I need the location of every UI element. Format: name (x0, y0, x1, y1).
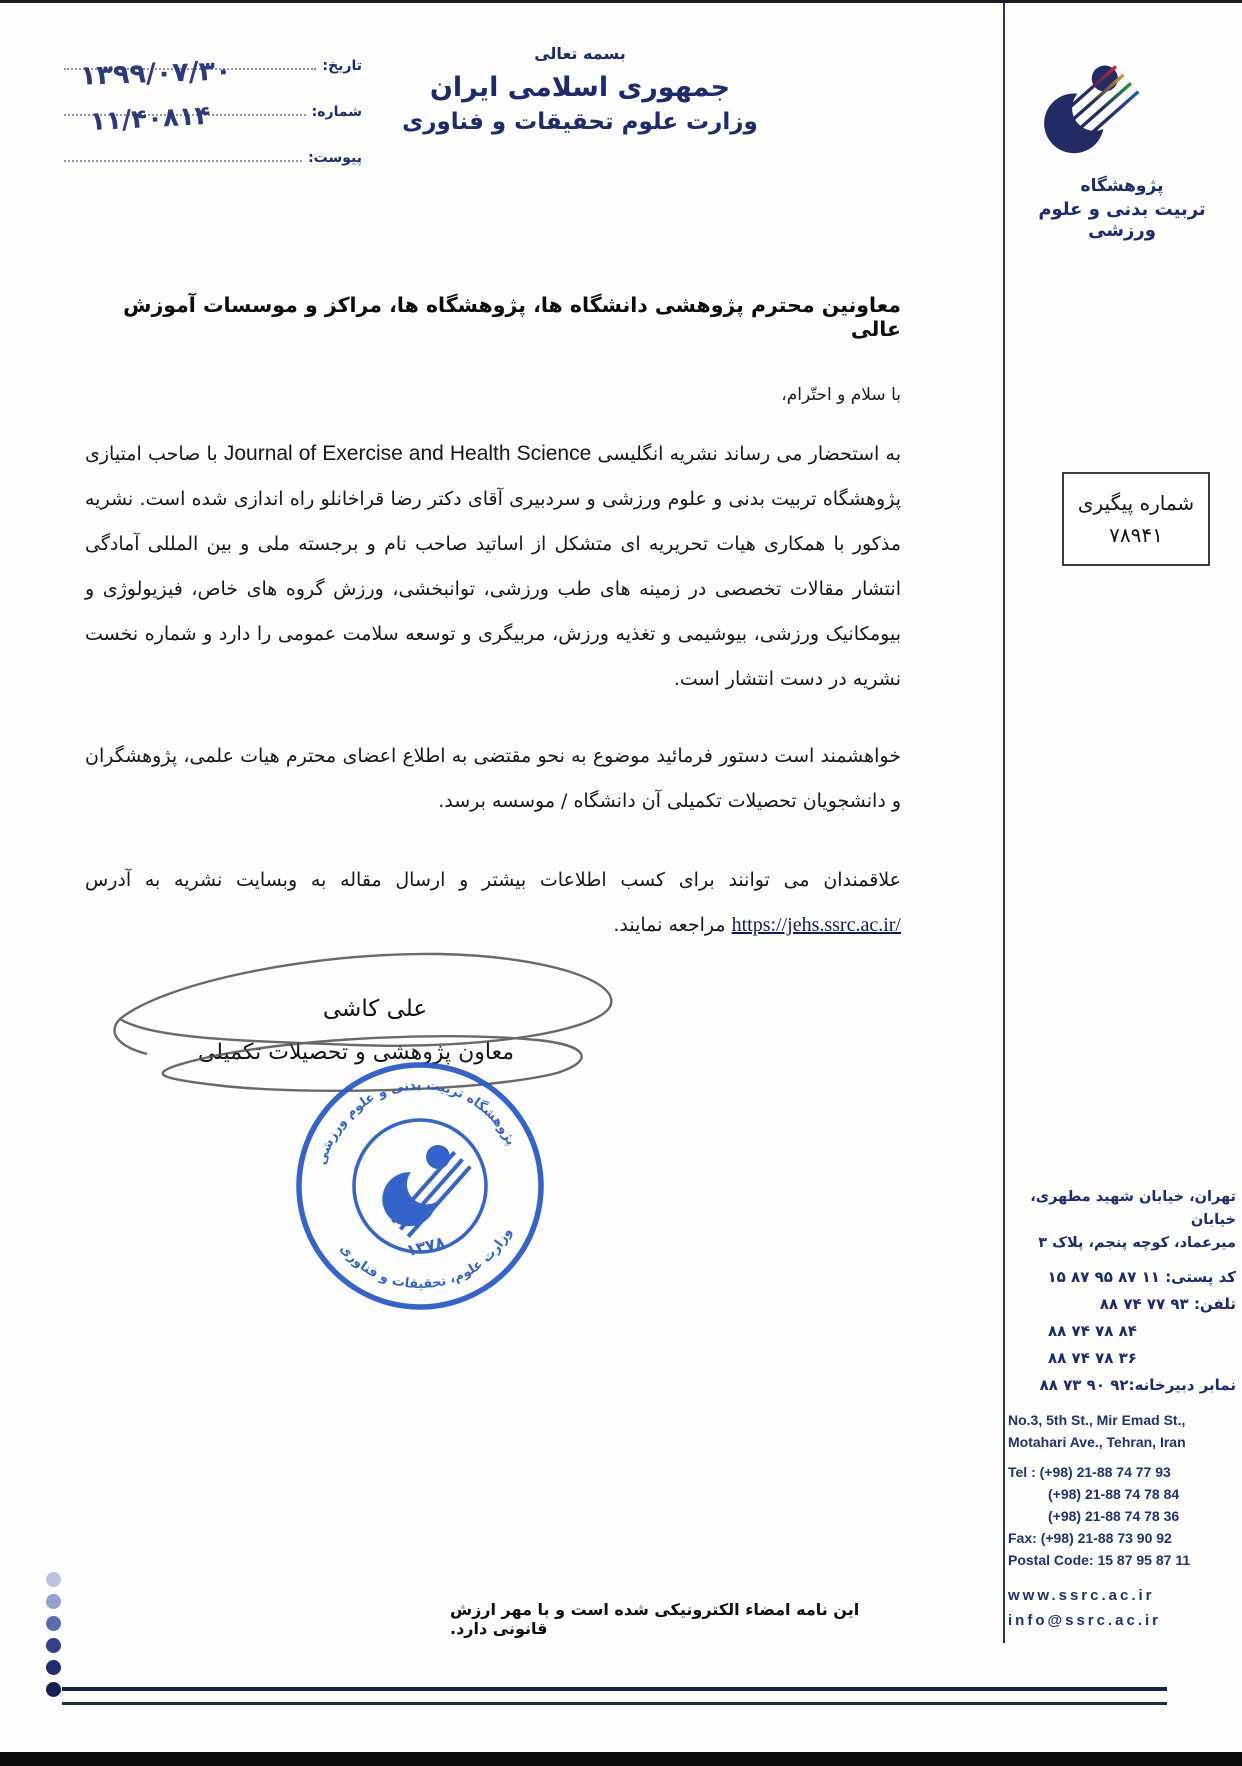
address-farsi: تهران، خیابان شهید مطهری، خیابان میرعماد… (1008, 1186, 1236, 1255)
institute-logo-icon (1032, 58, 1144, 170)
paragraph-2: خواهشمند است دستور فرمائید موضوع به نحو … (85, 734, 901, 824)
letter-meta-block: تاریخ: شماره: پیوست: ۱۳۹۹/۰۷/۳۰ ۱۱/۴۰۸۱۴ (62, 42, 362, 174)
ministry-header: بسمه تعالی جمهوری اسلامی ایران وزارت علو… (370, 44, 790, 135)
republic-title: جمهوری اسلامی ایران (370, 72, 790, 103)
top-border (0, 0, 1242, 3)
phone-fa-value1: ۸۸ ۷۴ ۷۷ ۹۳ (1100, 1295, 1189, 1313)
postal-code-fa: کد پستی: ۱۵ ۸۷ ۹۵ ۸۷ ۱۱ (1008, 1264, 1236, 1291)
fax-fa-line: نمابر دبیرخانه:۸۸ ۷۳ ۹۰ ۹۲ (1008, 1372, 1236, 1399)
footer-rule-bottom (62, 1702, 1167, 1705)
phone-fa-value3: ۸۸ ۷۴ ۷۸ ۳۶ (1048, 1349, 1137, 1367)
email-text: info@ssrc.ac.ir (1008, 1608, 1236, 1633)
phone-en-line1: Tel : (+98) 21-88 74 77 93 (1008, 1461, 1236, 1483)
phone-fa-line3: ۸۸ ۷۴ ۷۸ ۳۶ (1008, 1345, 1236, 1372)
address-english: No.3, 5th St., Mir Emad St., Motahari Av… (1008, 1409, 1236, 1571)
contact-block: تهران، خیابان شهید مطهری، خیابان میرعماد… (1008, 1186, 1236, 1633)
phone-fa-line2: ۸۸ ۷۴ ۷۸ ۸۴ (1008, 1318, 1236, 1345)
paragraph-1: به استحضار می رساند نشریه انگلیسی Journa… (85, 431, 901, 702)
electronic-signature-note: این نامه امضاء الکترونیکی شده است و با م… (450, 1600, 890, 1638)
recipient-line: معاونین محترم پژوهشی دانشگاه ها، پژوهشگا… (85, 293, 901, 341)
postal-code-fa-label: کد پستی: (1165, 1268, 1236, 1286)
tracking-number-box: شماره پیگیری ۷۸۹۴۱ (1062, 472, 1210, 566)
attachment-dotted-line (64, 152, 302, 162)
journal-website-link[interactable]: https://jehs.ssrc.ac.ir/ (732, 914, 901, 936)
phone-fa-value2: ۸۸ ۷۴ ۷۸ ۸۴ (1048, 1322, 1137, 1340)
letter-body: معاونین محترم پژوهشی دانشگاه ها، پژوهشگا… (85, 293, 901, 948)
letter-page: تاریخ: شماره: پیوست: ۱۳۹۹/۰۷/۳۰ ۱۱/۴۰۸۱۴… (0, 0, 1242, 1766)
salutation-line: با سلام و احتّرام، (85, 385, 901, 405)
institute-name-line2: تربیت بدنی و علوم ورزشی (1005, 199, 1239, 241)
handwritten-date: ۱۳۹۹/۰۷/۳۰ (80, 55, 233, 91)
footer-rule-top (62, 1687, 1167, 1691)
dot-icon (46, 1572, 61, 1587)
address-fa-line1: تهران، خیابان شهید مطهری، خیابان (1010, 1186, 1236, 1232)
postal-en-label: Postal Code: (1008, 1552, 1094, 1568)
fax-en-value: (+98) 21-88 73 90 92 (1041, 1530, 1172, 1546)
fax-en-line: Fax: (+98) 21-88 73 90 92 (1008, 1527, 1236, 1549)
journal-name: Journal of Exercise and Health Science (224, 442, 591, 465)
fax-fa-value: ۸۸ ۷۳ ۹۰ ۹۲ (1040, 1376, 1129, 1394)
fax-en-label: Fax: (1008, 1530, 1037, 1546)
tracking-label: شماره پیگیری (1078, 491, 1194, 515)
website-text: www.ssrc.ac.ir (1008, 1583, 1236, 1608)
p1-text-after: با صاحب امتیازی پژوهشگاه تربیت بدنی و عل… (85, 443, 901, 690)
phone-fa-line1: تلفن: ۸۸ ۷۴ ۷۷ ۹۳ (1008, 1291, 1236, 1318)
tracking-number: ۷۸۹۴۱ (1109, 523, 1163, 547)
attachment-label: پیوست: (308, 150, 362, 166)
blue-dots (46, 1572, 61, 1697)
fax-fa-label: نمابر دبیرخانه: (1129, 1376, 1236, 1394)
web-block: www.ssrc.ac.ir info@ssrc.ac.ir (1008, 1583, 1236, 1633)
date-label: تاریخ: (322, 58, 362, 74)
dot-icon (46, 1594, 61, 1609)
phone-fa-label: تلفن: (1194, 1295, 1236, 1313)
p3-text-before: علاقمندان می توانند برای کسب اطلاعات بیش… (85, 869, 901, 891)
stamp-logo-figure (377, 1142, 477, 1239)
number-label: شماره: (312, 104, 362, 120)
dot-icon (46, 1616, 61, 1631)
phone-en-value1: (+98) 21-88 74 77 93 (1040, 1464, 1171, 1480)
postal-en-line: Postal Code: 15 87 95 87 11 (1008, 1549, 1236, 1571)
paragraph-3: علاقمندان می توانند برای کسب اطلاعات بیش… (85, 858, 901, 948)
ministry-title: وزارت علوم تحقیقات و فناوری (370, 109, 790, 135)
postal-en-value: 15 87 95 87 11 (1097, 1552, 1190, 1568)
p1-text-before: به استحضار می رساند نشریه انگلیسی (598, 443, 901, 465)
address-fa-line2: میرعماد، کوچه پنجم، پلاک ۳ (1010, 1232, 1236, 1255)
sidebar-divider (1003, 3, 1005, 1643)
bismillah-text: بسمه تعالی (370, 44, 790, 63)
dot-icon (46, 1682, 61, 1697)
phone-en-line2: (+98) 21-88 74 78 84 (1008, 1483, 1236, 1505)
phone-en-label: Tel : (1008, 1464, 1036, 1480)
institute-name: پژوهشگاه تربیت بدنی و علوم ورزشی (1005, 176, 1239, 241)
dot-icon (46, 1638, 61, 1653)
official-stamp: پژوهشگاه تربیت بدنی و علوم ورزشی وزارت ع… (277, 1043, 563, 1329)
address-en-line2: Motahari Ave., Tehran, Iran (1008, 1431, 1236, 1453)
p3-text-after: مراجعه نمایند. (613, 914, 725, 936)
handwritten-number: ۱۱/۴۰۸۱۴ (89, 101, 211, 137)
phones-farsi: کد پستی: ۱۵ ۸۷ ۹۵ ۸۷ ۱۱ تلفن: ۸۸ ۷۴ ۷۷ ۹… (1008, 1264, 1236, 1399)
address-en-line1: No.3, 5th St., Mir Emad St., (1008, 1409, 1236, 1431)
postal-code-fa-value: ۱۵ ۸۷ ۹۵ ۸۷ ۱۱ (1048, 1268, 1160, 1286)
page-bottom-bar (0, 1752, 1242, 1766)
attachment-row: پیوست: (62, 138, 362, 166)
phone-en-line3: (+98) 21-88 74 78 36 (1008, 1505, 1236, 1527)
dot-icon (46, 1660, 61, 1675)
institute-name-line1: پژوهشگاه (1005, 176, 1239, 196)
